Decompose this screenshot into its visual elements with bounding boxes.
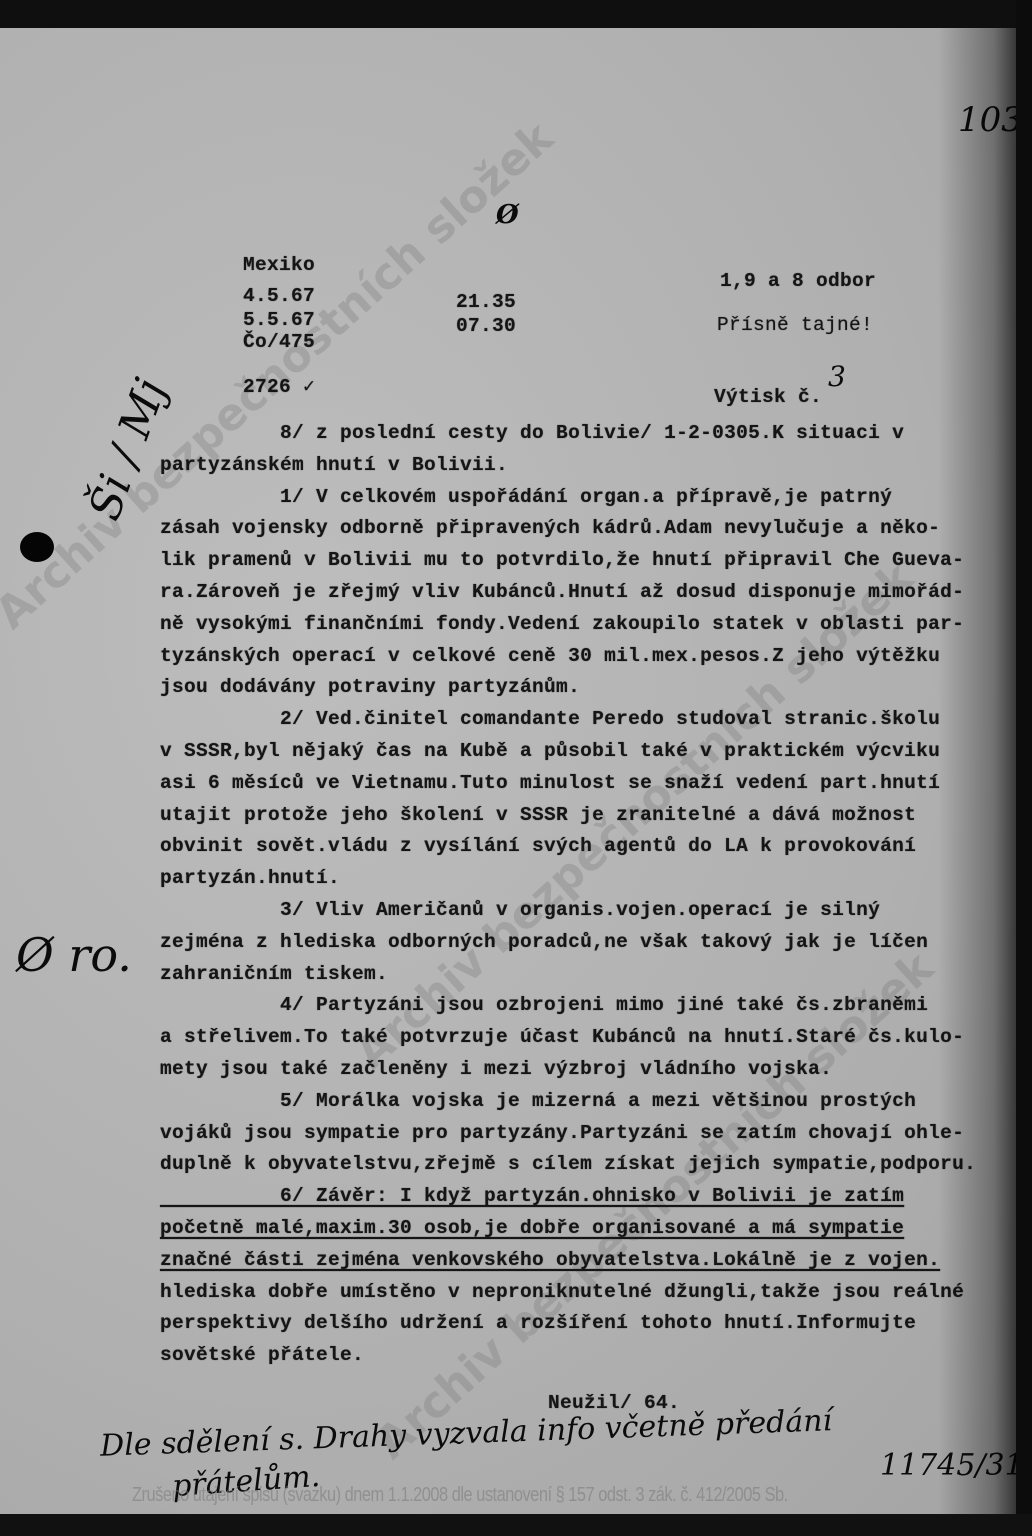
body-line: utajit protože jeho školení v SSSR je zr…: [160, 800, 976, 832]
ink-blot: [20, 532, 54, 562]
body-line: perspektivy delšího udržení a rozšíření …: [160, 1308, 976, 1340]
declassification-note: Zrušeno utajení spisu (svazku) dnem 1.1.…: [132, 1484, 788, 1507]
margin-mark: Ø ro.: [16, 928, 132, 982]
header-reference: Čo/475: [243, 330, 315, 354]
body-line: značné části zejména venkovského obyvate…: [160, 1245, 976, 1277]
header-classification: Přísně tajné!: [717, 310, 873, 342]
body-line: tyzánských operací v celkové ceně 30 mil…: [160, 641, 976, 673]
header-origin: Mexiko: [243, 250, 315, 282]
header-date-sent: 4.5.67: [243, 284, 315, 308]
header-number: 2726 ✓: [243, 372, 315, 404]
handwritten-note-line1: Dle sdělení s. Drahy vyzvala info včetně…: [100, 1403, 833, 1464]
body-line: partyzánském hnutí v Bolivii.: [160, 450, 976, 482]
scan-right-border: [1016, 0, 1032, 1536]
document-page: Archiv bezpečnostních složek Archiv bezp…: [0, 28, 1018, 1518]
handwritten-archive-number: 11745/313: [880, 1448, 1018, 1483]
body-line: partyzán.hnutí.: [160, 863, 976, 895]
scan-bottom-border: [0, 1514, 1032, 1536]
body-line: obvinit sovět.vládu z vysílání svých age…: [160, 831, 976, 863]
top-center-mark: Ø: [496, 200, 519, 230]
body-line: a střelivem.To také potvrzuje účast Kubá…: [160, 1022, 976, 1054]
header-time-received: 07.30: [456, 314, 516, 338]
header-copy-number: 3: [828, 360, 846, 393]
body-line: 3/ Vliv Američanů v organis.vojen.operac…: [160, 895, 976, 927]
body-line: sovětské přátele.: [160, 1340, 976, 1372]
body-line: vojáků jsou sympatie pro partyzány.Party…: [160, 1118, 976, 1150]
body-line: ra.Zároveň je zřejmý vliv Kubánců.Hnutí …: [160, 577, 976, 609]
telegram-body: 8/ z poslední cesty do Bolivie/ 1-2-0305…: [160, 418, 976, 1372]
body-line: 5/ Morálka vojska je mizerná a mezi větš…: [160, 1086, 976, 1118]
body-line: jsou dodávány potraviny partyzánům.: [160, 672, 976, 704]
body-line: asi 6 měsíců ve Vietnamu.Tuto minulost s…: [160, 768, 976, 800]
body-line: lik pramenů v Bolivii mu to potvrdilo,že…: [160, 545, 976, 577]
body-line: duplně k obyvatelstvu,zřejmě s cílem zís…: [160, 1149, 976, 1181]
body-line: v SSSR,byl nějaký čas na Kubě a působil …: [160, 736, 976, 768]
header-distribution: 1,9 a 8 odbor: [720, 266, 876, 298]
header-time-sent: 21.35: [456, 290, 516, 314]
body-line: početně malé,maxim.30 osob,je dobře orga…: [160, 1213, 976, 1245]
body-line: 6/ Závěr: I když partyzán.ohnisko v Boli…: [160, 1181, 976, 1213]
header-date-received: 5.5.67: [243, 308, 315, 332]
body-line: ně vysokými finančními fondy.Vedení zako…: [160, 609, 976, 641]
body-line: 1/ V celkovém uspořádání organ.a příprav…: [160, 482, 976, 514]
handwritten-page-number: 103: [958, 100, 1018, 140]
body-line: mety jsou také začleněny i mezi výzbroj …: [160, 1054, 976, 1086]
body-line: 2/ Ved.činitel comandante Peredo studova…: [160, 704, 976, 736]
body-line: zejména z hlediska odborných poradců,ne …: [160, 927, 976, 959]
body-line: zásah vojensky odborně připravených kádr…: [160, 513, 976, 545]
scan-top-border: [0, 0, 1032, 30]
header-copy-label: Výtisk č.: [714, 382, 822, 414]
body-line: 4/ Partyzáni jsou ozbrojeni mimo jiné ta…: [160, 990, 976, 1022]
body-line: hlediska dobře umístěno v neproniknuteln…: [160, 1277, 976, 1309]
body-line: zahraničním tiskem.: [160, 959, 976, 991]
body-line: 8/ z poslední cesty do Bolivie/ 1-2-0305…: [160, 418, 976, 450]
